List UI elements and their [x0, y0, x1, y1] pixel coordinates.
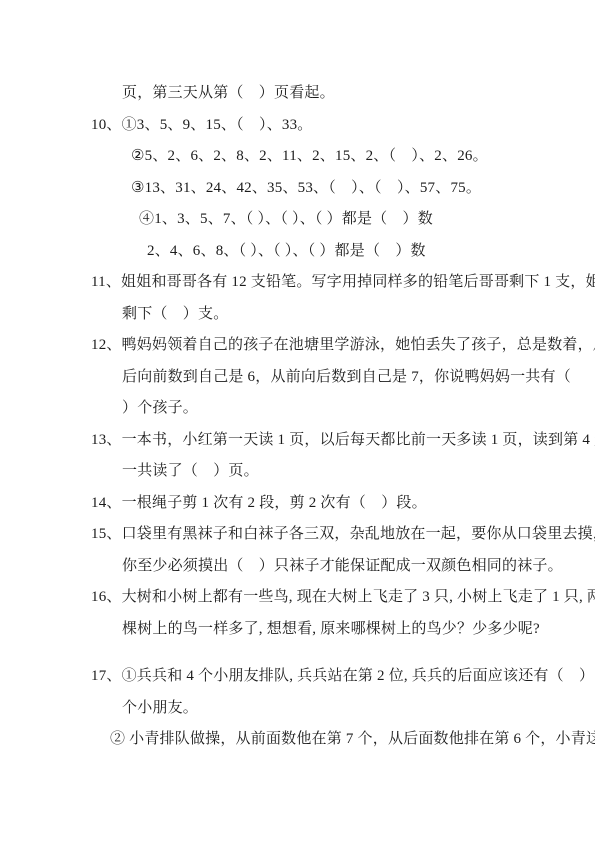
q12-line2: 后向前数到自己是 6，从前向后数到自己是 7，你说鸭妈妈一共有（: [0, 362, 595, 394]
q10-sub2-line: ②5、2、6、2、8、2、11、2、15、2、（ ）、2、26。: [0, 141, 595, 173]
q17-sub1-line1: 17、①兵兵和 4 个小朋友排队, 兵兵站在第 2 位, 兵兵的后面应该还有（ …: [0, 661, 595, 693]
q12-line1: 12、鸭妈妈领着自己的孩子在池塘里学游泳，她怕丢失了孩子，总是数着，从: [0, 330, 595, 362]
q11-line1: 11、姐姐和哥哥各有 12 支铅笔。写字用掉同样多的铅笔后哥哥剩下 1 支，姐姐: [0, 267, 595, 299]
q16-line1: 16、大树和小树上都有一些鸟, 现在大树上飞走了 3 只, 小树上飞走了 1 只…: [0, 582, 595, 614]
q11-line2: 剩下（ ）支。: [0, 299, 595, 331]
q9-continuation-line: 页，第三天从第（ ）页看起。: [0, 78, 595, 110]
q13-line2: 一共读了（ ）页。: [0, 456, 595, 488]
q10-sub1-line: 10、①3、5、9、15、（ ）、33。: [0, 110, 595, 142]
q10-sub4-line2: 2、4、6、8、（ ）、（ ）、（ ）都是（ ）数: [0, 236, 595, 268]
q15-line1: 15、口袋里有黑袜子和白袜子各三双，杂乱地放在一起，要你从口袋里去摸，: [0, 519, 595, 551]
q17-sub2-line: ② 小青排队做操，从前面数他在第 7 个，从后面数他排在第 6 个，小青这: [0, 724, 595, 756]
q14-line: 14、一根绳子剪 1 次有 2 段，剪 2 次有（ ）段。: [0, 488, 595, 520]
worksheet-body: 页，第三天从第（ ）页看起。 10、①3、5、9、15、（ ）、33。 ②5、2…: [0, 0, 595, 756]
q15-line2: 你至少必须摸出（ ）只袜子才能保证配成一双颜色相同的袜子。: [0, 551, 595, 583]
q12-line3: ）个孩子。: [0, 393, 595, 425]
q10-sub4-line1: ④1、3、5、7、（ ）、（ ）、（ ）都是（ ）数: [0, 204, 595, 236]
q16-line2: 棵树上的鸟一样多了, 想想看, 原来哪棵树上的鸟少？少多少呢?: [0, 614, 595, 646]
worksheet-page: 页，第三天从第（ ）页看起。 10、①3、5、9、15、（ ）、33。 ②5、2…: [0, 0, 595, 842]
q17-sub1-line2: 个小朋友。: [0, 693, 595, 725]
q10-sub3-line: ③13、31、24、42、35、53、（ ）、（ ）、57、75。: [0, 173, 595, 205]
q13-line1: 13、一本书，小红第一天读 1 页，以后每天都比前一天多读 1 页，读到第 4 …: [0, 425, 595, 457]
